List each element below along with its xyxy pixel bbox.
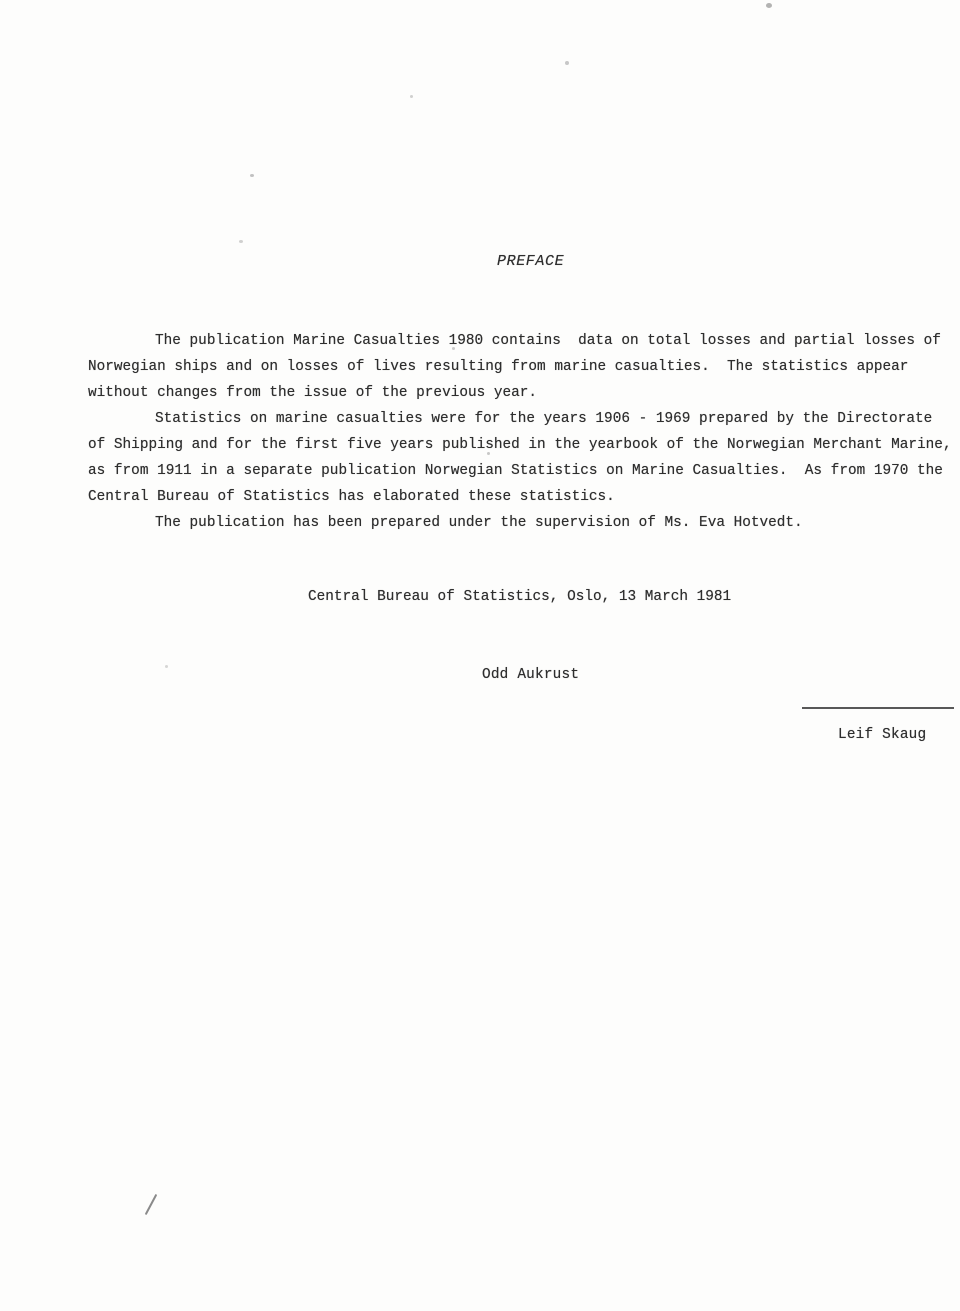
signature-name-center: Odd Aukrust — [482, 667, 579, 683]
scan-speck — [487, 452, 490, 455]
scan-speck — [239, 240, 243, 243]
scan-speck — [452, 347, 455, 350]
handwritten-slash-mark — [145, 1194, 158, 1215]
dateline: Central Bureau of Statistics, Oslo, 13 M… — [308, 589, 731, 605]
scan-speck — [410, 95, 413, 98]
paragraph-line: The publication has been prepared under … — [88, 510, 948, 536]
paragraph-line: without changes from the issue of the pr… — [88, 380, 948, 406]
preface-body: The publication Marine Casualties 1980 c… — [88, 328, 948, 536]
scan-speck — [250, 174, 254, 177]
paragraph-line: Norwegian ships and on losses of lives r… — [88, 354, 948, 380]
scan-speck — [565, 61, 569, 65]
scanned-document-page: PREFACE The publication Marine Casualtie… — [0, 0, 960, 1311]
paragraph-line: as from 1911 in a separate publication N… — [88, 458, 948, 484]
paragraph-line: Statistics on marine casualties were for… — [88, 406, 948, 432]
page-title: PREFACE — [497, 253, 564, 270]
signature-name-right: Leif Skaug — [838, 727, 926, 743]
signature-rule — [802, 707, 954, 709]
scan-speck — [165, 665, 168, 668]
paragraph-line: Central Bureau of Statistics has elabora… — [88, 484, 948, 510]
paragraph-line: The publication Marine Casualties 1980 c… — [88, 328, 948, 354]
scan-speck — [766, 3, 772, 8]
paragraph-line: of Shipping and for the first five years… — [88, 432, 948, 458]
